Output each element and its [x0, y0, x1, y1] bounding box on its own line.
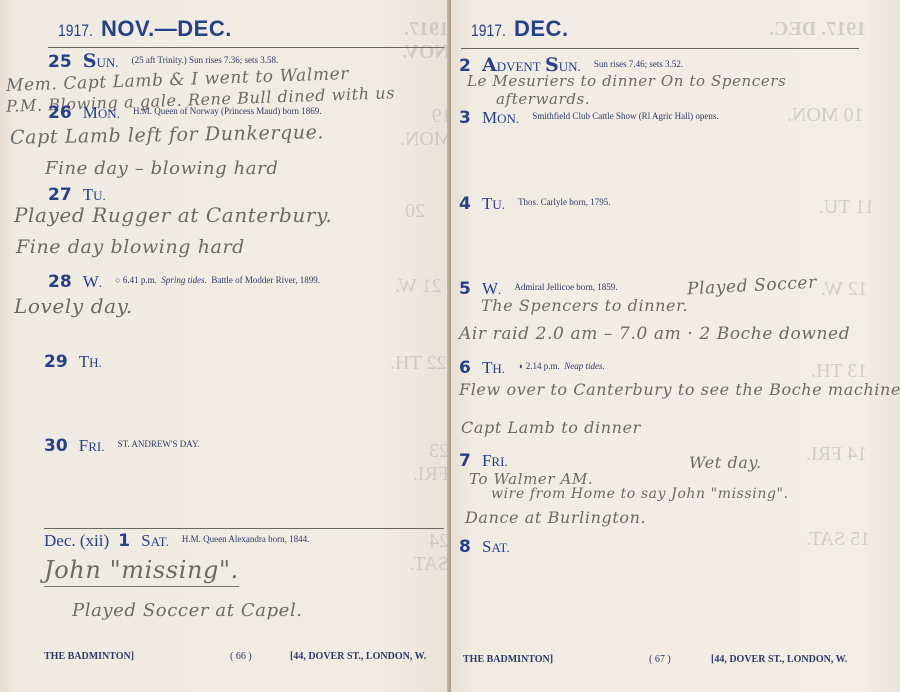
- day-name: TU.: [482, 194, 505, 213]
- day-number: 8: [459, 537, 471, 557]
- day-note: (25 aft Trinity.) Sun rises 7.36; sets 3…: [132, 55, 279, 65]
- day-entry-30-fri: 30 FRI. ST. ANDREW'S DAY.: [44, 436, 200, 456]
- day-note: ST. ANDREW'S DAY.: [118, 439, 200, 449]
- day-entry-29-th: 29 TH.: [44, 352, 102, 372]
- day-note: H.M. Queen of Norway (Princess Maud) bor…: [133, 106, 321, 116]
- handwritten-note: Played Soccer: [687, 273, 818, 300]
- bleed-through-number: 22 TH.: [390, 352, 446, 375]
- handwritten-note: The Spencers to dinner.: [481, 296, 688, 315]
- day-name: SUN.: [83, 52, 119, 71]
- day-entry-26-mon: 26 MON. H.M. Queen of Norway (Princess M…: [48, 103, 321, 123]
- bleed-through-number: 12 W.: [821, 278, 868, 301]
- bleed-through-header: 1917. NOV.: [365, 18, 449, 64]
- day-number: 29: [44, 352, 68, 372]
- day-entry-6-th: 6 TH. ◖ 2.14 p.m. Neap tides.: [459, 358, 605, 378]
- header-months: DEC.: [514, 16, 569, 41]
- handwritten-note: afterwards.: [496, 90, 590, 108]
- day-entry-dec-1-sat: Dec. (xii) 1 SAT. H.M. Queen Alexandra b…: [44, 531, 309, 551]
- day-entry-3-mon: 3 MON. Smithfield Club Cattle Show (Rl A…: [459, 108, 719, 128]
- header-rule: [48, 47, 444, 48]
- day-name: W.: [83, 272, 102, 291]
- day-number: 28: [48, 272, 72, 292]
- day-name: MON.: [482, 108, 519, 127]
- day-number: 27: [48, 185, 72, 205]
- bleed-through-number: 19 MON.: [400, 105, 449, 151]
- moon-phase-icon: ◖: [518, 361, 523, 371]
- page-header: 1917. DEC.: [471, 16, 569, 42]
- day-note: Thos. Carlyle born, 1795.: [518, 197, 611, 207]
- day-note: ○ 6.41 p.m. Spring tides. Battle of Modd…: [115, 275, 320, 285]
- handwritten-note: Dance at Burlington.: [465, 508, 646, 527]
- handwritten-note: Flew over to Canterbury to see the Boche…: [459, 380, 900, 399]
- day-number: 5: [459, 279, 471, 299]
- day-name: TH.: [482, 358, 505, 377]
- diary-page-right: 1917. DEC. 10 MON. 11 TU. 12 W. 13 TH. 1…: [451, 0, 900, 692]
- day-entry-27-tu: 27 TU.: [48, 185, 106, 205]
- bleed-through-number: 14 FRI.: [806, 443, 867, 466]
- day-note: Sun rises 7.46; sets 3.52.: [594, 59, 683, 69]
- month-prefix: Dec. (xii): [44, 531, 109, 550]
- diary-page-left: 1917. NOV. 19 MON. 20 21 W. 22 TH. 23 FR…: [0, 0, 449, 692]
- handwritten-note: Fine day blowing hard: [16, 236, 245, 258]
- handwritten-note: Lovely day.: [14, 294, 133, 318]
- day-name: FRI.: [482, 451, 508, 470]
- handwritten-note: Capt Lamb to dinner: [461, 418, 641, 437]
- day-note: Admiral Jellicoe born, 1859.: [514, 282, 617, 292]
- bleed-through-number: 24 SAT.: [385, 530, 449, 576]
- day-name: FRI.: [79, 436, 105, 455]
- bleed-through-number: 15 SAT.: [806, 528, 870, 551]
- bleed-through-number: 11 TU.: [819, 196, 875, 219]
- day-name: SAT.: [141, 531, 169, 550]
- page-header: 1917. NOV.—DEC.: [58, 16, 232, 42]
- bleed-through-number: 10 MON.: [787, 104, 864, 127]
- footer-address: [44, DOVER ST., LONDON, W.: [711, 654, 847, 665]
- handwritten-note: Capt Lamb left for Dunkerque.: [10, 121, 324, 148]
- page-number: ( 67 ): [649, 654, 671, 665]
- handwritten-note: Fine day – blowing hard: [45, 158, 278, 179]
- day-number: 1: [118, 531, 130, 551]
- day-name: TH.: [79, 352, 102, 371]
- day-entry-28-w: 28 W. ○ 6.41 p.m. Spring tides. Battle o…: [48, 272, 320, 292]
- day-note: ◖ 2.14 p.m. Neap tides.: [518, 361, 605, 371]
- handwritten-note: wire from Home to say John "missing".: [491, 486, 789, 502]
- handwritten-note: Air raid 2.0 am – 7.0 am · 2 Boche downe…: [459, 324, 850, 344]
- header-months: NOV.—DEC.: [101, 16, 232, 41]
- page-number: ( 66 ): [230, 651, 252, 662]
- day-number: 25: [48, 52, 72, 72]
- footer-publisher: THE BADMINTON]: [463, 654, 553, 665]
- footer-publisher: THE BADMINTON]: [44, 651, 134, 662]
- day-note: Smithfield Club Cattle Show (Rl Agric Ha…: [532, 111, 719, 121]
- header-rule: [461, 48, 859, 49]
- day-number: 26: [48, 103, 72, 123]
- day-note: H.M. Queen Alexandra born, 1844.: [182, 534, 309, 544]
- handwritten-note: Le Mesuriers to dinner On to Spencers: [467, 72, 786, 90]
- day-number: 4: [459, 194, 471, 214]
- day-entry-4-tu: 4 TU. Thos. Carlyle born, 1795.: [459, 194, 611, 214]
- handwritten-note: John "missing".: [44, 556, 239, 587]
- day-number: 30: [44, 436, 68, 456]
- bleed-through-number: 23 FRI.: [390, 440, 449, 486]
- day-number: 3: [459, 108, 471, 128]
- day-number: 6: [459, 358, 471, 378]
- page-footer: THE BADMINTON] ( 66 ) [44, DOVER ST., LO…: [44, 651, 134, 662]
- day-entry-8-sat: 8 SAT.: [459, 537, 510, 557]
- bleed-through-number: 20: [405, 200, 425, 223]
- page-footer: THE BADMINTON] ( 67 ) [44, DOVER ST., LO…: [463, 654, 553, 665]
- handwritten-note: Played Rugger at Canterbury.: [14, 203, 332, 227]
- header-year: 1917.: [58, 21, 93, 41]
- handwritten-note: Played Soccer at Capel.: [72, 600, 303, 621]
- bleed-through-number: 21 W.: [395, 275, 442, 298]
- footer-address: [44, DOVER ST., LONDON, W.: [290, 651, 426, 662]
- day-name: MON.: [83, 103, 120, 122]
- day-number: 7: [459, 451, 471, 471]
- week-end-rule: [44, 528, 444, 529]
- day-name: TU.: [83, 185, 106, 204]
- handwritten-note: Wet day.: [689, 453, 762, 472]
- header-year: 1917.: [471, 21, 506, 41]
- bleed-through-header: 1917. DEC.: [769, 18, 866, 41]
- day-entry-7-fri: 7 FRI.: [459, 451, 508, 471]
- day-name: SAT.: [482, 537, 510, 556]
- moon-phase-icon: ○: [115, 275, 120, 285]
